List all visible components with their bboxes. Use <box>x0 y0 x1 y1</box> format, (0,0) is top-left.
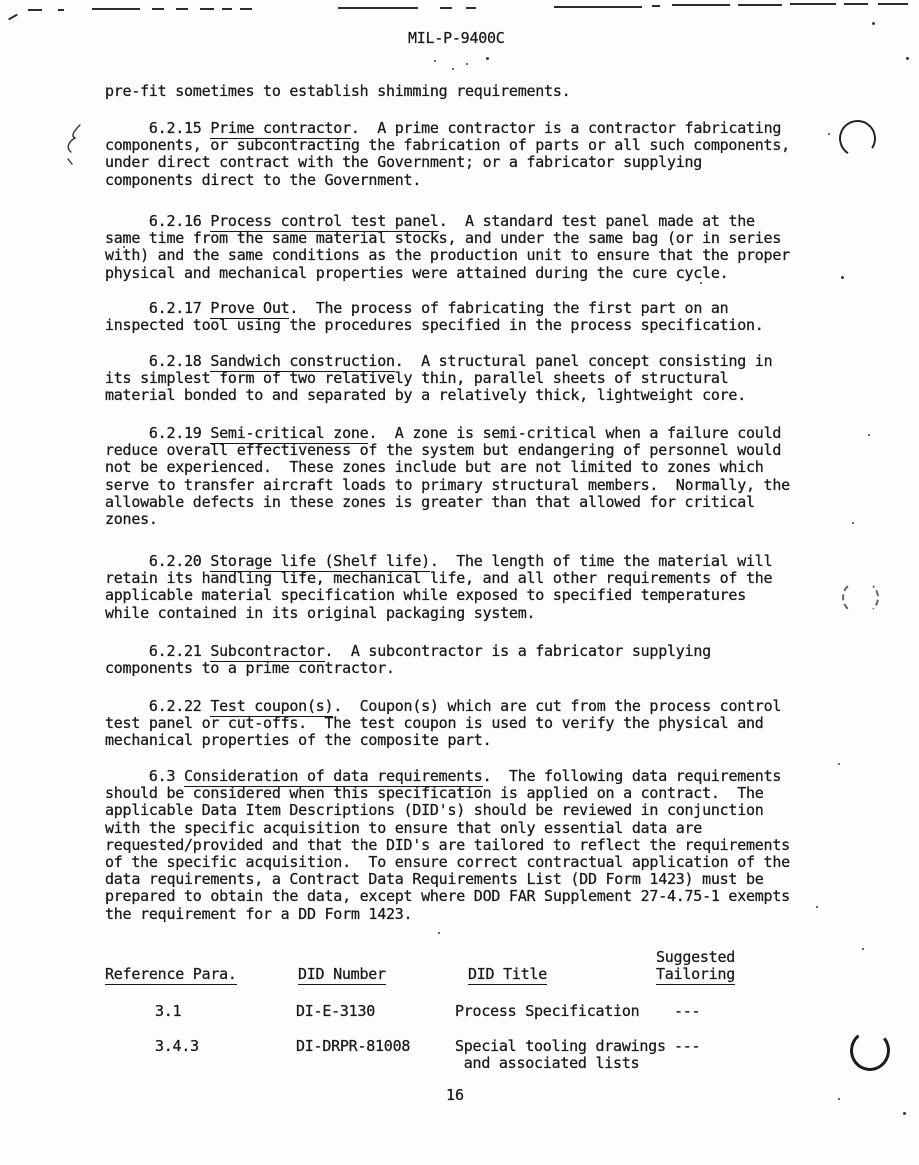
scan-artifact-line <box>466 7 476 9</box>
section-6-3-consideration-of-data-requirements: 6.3 Consideration of data requirements. … <box>105 768 845 923</box>
scan-artifact-line <box>152 8 164 10</box>
scan-speck <box>700 282 702 284</box>
cell-did-number: DI-DRPR-81008 <box>296 1038 410 1055</box>
scan-artifact-line <box>738 4 782 6</box>
scan-artifact-line <box>878 3 908 5</box>
scan-speck <box>838 763 840 765</box>
scan-artifact-line <box>176 8 188 10</box>
section-number: 6.2.20 <box>105 552 210 570</box>
cell-did-title: Process Specification <box>455 1003 639 1020</box>
scan-artifact-line <box>338 7 418 9</box>
section-number: 6.2.18 <box>105 352 210 370</box>
section-number: 6.2.21 <box>105 642 210 660</box>
section-number: 6.2.16 <box>105 212 210 230</box>
scan-speck <box>438 932 440 934</box>
section-number: 6.3 <box>105 767 184 785</box>
section-number: 6.2.22 <box>105 697 210 715</box>
cell-did-title: Special tooling drawings and associated … <box>455 1038 666 1072</box>
cell-reference-para: 3.4.3 <box>155 1038 199 1055</box>
section-body: . The following data requirements should… <box>105 767 790 923</box>
section-6-2-17-prove-out: 6.2.17 Prove Out. The process of fabrica… <box>105 300 845 334</box>
scan-artifact-line <box>440 7 452 9</box>
section-6-2-16-process-control-test-panel: 6.2.16 Process control test panel. A sta… <box>105 213 845 282</box>
section-6-2-15-prime-contractor: 6.2.15 Prime contractor. A prime contrac… <box>105 120 845 189</box>
table-header-did-number: DID Number <box>298 966 386 985</box>
scan-speck <box>466 63 468 65</box>
hole-punch-mark <box>848 1028 892 1073</box>
scan-artifact-line <box>240 8 252 10</box>
hole-punch-mark <box>842 580 879 615</box>
scan-artifact-line <box>222 8 232 10</box>
section-6-2-21-subcontractor: 6.2.21 Subcontractor. A subcontractor is… <box>105 643 845 677</box>
scan-artifact-line <box>28 9 42 11</box>
section-number: 6.2.15 <box>105 119 210 137</box>
scan-speck <box>486 57 489 60</box>
paragraph-text: pre-fit sometimes to establish shimming … <box>105 82 570 100</box>
section-6-2-18-sandwich-construction: 6.2.18 Sandwich construction. A structur… <box>105 353 845 405</box>
paragraph-intro: pre-fit sometimes to establish shimming … <box>105 83 845 100</box>
page-number: 16 <box>446 1086 464 1104</box>
scan-artifact-line <box>200 8 214 10</box>
pen-squiggle <box>62 122 88 170</box>
scan-artifact-line <box>8 14 18 21</box>
cell-reference-para: 3.1 <box>155 1003 181 1020</box>
scan-speck <box>852 522 854 524</box>
table-header-suggested: Suggested <box>656 949 735 966</box>
scan-artifact-line <box>844 3 868 5</box>
table-header-tailoring: Tailoring <box>656 966 735 985</box>
table-header-reference-para: Reference Para. <box>105 966 237 985</box>
scan-speck <box>452 68 454 70</box>
cell-tailoring: --- <box>674 1003 700 1020</box>
scan-speck <box>862 948 864 950</box>
scan-artifact-line <box>554 6 642 8</box>
cell-did-number: DI-E-3130 <box>296 1003 375 1020</box>
section-number: 6.2.17 <box>105 299 210 317</box>
doc-number-header: MIL-P-9400C <box>408 29 505 47</box>
scan-artifact-line <box>92 8 140 10</box>
cell-tailoring: --- <box>674 1038 700 1055</box>
scan-speck <box>434 60 436 62</box>
section-number: 6.2.19 <box>105 424 210 442</box>
scan-artifact-line <box>672 4 730 6</box>
table-header-did-title: DID Title <box>468 966 547 985</box>
scan-speck <box>903 1112 906 1115</box>
scan-speck <box>872 22 875 25</box>
document-page: MIL-P-9400C pre-fit sometimes to establi… <box>0 0 919 1165</box>
scan-speck <box>868 434 870 436</box>
scan-speck <box>906 57 909 60</box>
section-6-2-22-test-coupons: 6.2.22 Test coupon(s). Coupon(s) which a… <box>105 698 845 750</box>
scan-speck <box>838 1098 840 1100</box>
scan-artifact-line <box>790 3 836 5</box>
scan-artifact-line <box>652 5 660 7</box>
scan-artifact-line <box>58 9 64 11</box>
section-6-2-20-storage-life: 6.2.20 Storage life (Shelf life). The le… <box>105 553 845 622</box>
section-6-2-19-semi-critical-zone: 6.2.19 Semi-critical zone. A zone is sem… <box>105 425 845 528</box>
